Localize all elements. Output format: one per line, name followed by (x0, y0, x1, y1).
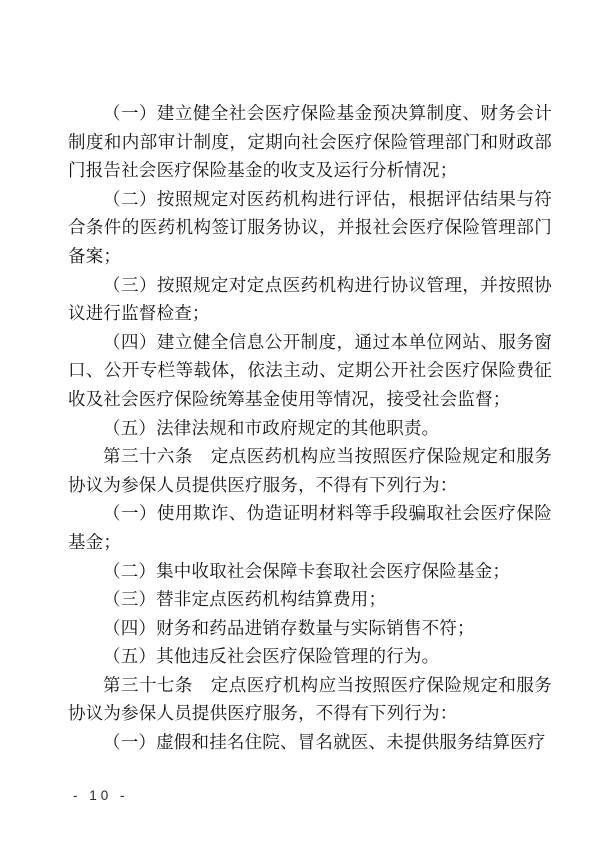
paragraph: （五）其他违反社会医疗保险管理的行为。 (68, 642, 552, 671)
paragraph: （二）按照规定对医药机构进行评估，根据评估结果与符合条件的医药机构签订服务协议，… (68, 185, 552, 271)
paragraph: （二）集中收取社会保障卡套取社会医疗保险基金； (68, 557, 552, 586)
paragraph: （一）使用欺诈、伪造证明材料等手段骗取社会医疗保险基金； (68, 499, 552, 556)
document-page: （一）建立健全社会医疗保险基金预决算制度、财务会计制度和内部审计制度，定期向社会… (0, 0, 600, 849)
paragraph-article-36: 第三十六条 定点医药机构应当按照医疗保险规定和服务协议为参保人员提供医疗服务，不… (68, 442, 552, 499)
paragraph: （四）财务和药品进销存数量与实际销售不符； (68, 614, 552, 643)
paragraph: （五）法律法规和市政府规定的其他职责。 (68, 414, 552, 443)
page-number: - 10 - (73, 788, 129, 803)
paragraph: （一）虚假和挂名住院、冒名就医、未提供服务结算医疗 (68, 728, 552, 757)
paragraph: （三）替非定点医药机构结算费用； (68, 585, 552, 614)
paragraph: （三）按照规定对定点医药机构进行协议管理，并按照协议进行监督检查； (68, 271, 552, 328)
paragraph: （一）建立健全社会医疗保险基金预决算制度、财务会计制度和内部审计制度，定期向社会… (68, 99, 552, 185)
paragraph: （四）建立健全信息公开制度，通过本单位网站、服务窗口、公开专栏等载体，依法主动、… (68, 328, 552, 414)
paragraph-article-37: 第三十七条 定点医疗机构应当按照医疗保险规定和服务协议为参保人员提供医疗服务，不… (68, 671, 552, 728)
document-body: （一）建立健全社会医疗保险基金预决算制度、财务会计制度和内部审计制度，定期向社会… (68, 99, 552, 757)
